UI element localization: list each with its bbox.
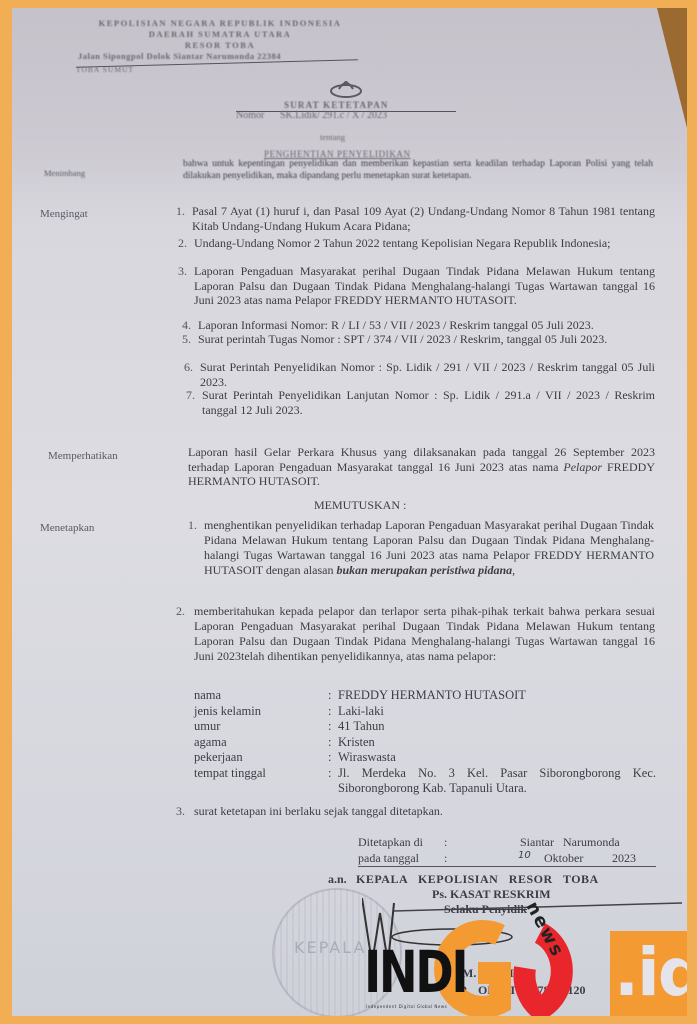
document-photo: KEPOLISIAN NEGARA REPUBLIK INDONESIA DAE… xyxy=(12,8,687,1016)
memperhatikan-text: Laporan hasil Gelar Perkara Khusus yang … xyxy=(188,445,655,489)
mengingat-item: Pasal 7 Ayat (1) huruf i, dan Pasal 109 … xyxy=(192,204,655,233)
field-label: tempat tinggal xyxy=(194,766,266,781)
mengingat-item-number: 6. xyxy=(184,360,193,375)
mengingat-item: Surat perintah Tugas Nomor : SPT / 374 /… xyxy=(198,332,655,347)
field-colon: : xyxy=(328,688,331,703)
menetapkan-item-2: memberitahukan kepada pelapor dan terlap… xyxy=(194,604,655,664)
nomor-value: SK.Lidik/ 291.c / X / 2023 xyxy=(280,110,387,121)
signature-office: KEPALA KEPOLISIAN RESOR TOBA xyxy=(356,872,599,887)
ditetapkan-value: Siantar Narumonda xyxy=(520,835,620,850)
letterhead-sub: TOBA SUMUT xyxy=(76,65,134,74)
tanggal-year: 2023 xyxy=(612,851,636,866)
field-value: Jl. Merdeka No. 3 Kel. Pasar Siborongbor… xyxy=(338,766,656,781)
logo-text-indi: INDI xyxy=(364,943,466,1001)
letterhead-line1: KEPOLISIAN NEGARA REPUBLIK INDONESIA xyxy=(70,18,370,28)
mengingat-item-number: 5. xyxy=(182,332,191,347)
mengingat-item: Surat Perintah Penyelidikan Nomor : Sp. … xyxy=(200,360,655,389)
field-label: umur xyxy=(194,719,220,734)
field-label: jenis kelamin xyxy=(194,704,261,719)
field-label: agama xyxy=(194,735,227,750)
letterhead-line3: RESOR TOBA xyxy=(70,40,370,50)
document-subject: PENGHENTIAN PENYELIDIKAN xyxy=(264,149,411,159)
mengingat-label: Mengingat xyxy=(40,208,88,220)
ditetapkan-colon: : xyxy=(444,835,447,850)
field-value: Wiraswasta xyxy=(338,750,396,765)
mengingat-item-number: 2. xyxy=(178,236,187,251)
letterhead-line2: DAERAH SUMATRA UTARA xyxy=(70,29,370,39)
field-label: pekerjaan xyxy=(194,750,243,765)
field-colon: : xyxy=(328,750,331,765)
tanggal-day-handwritten: 10 xyxy=(518,849,531,864)
mengingat-item-number: 1. xyxy=(176,204,185,219)
ditetapkan-label: Ditetapkan di xyxy=(358,835,423,850)
menetapkan-item-3: surat ketetapan ini berlaku sejak tangga… xyxy=(194,804,443,819)
tanggal-colon: : xyxy=(444,851,447,866)
tanggal-label: pada tanggal xyxy=(358,851,419,866)
menetapkan-item-number: 1. xyxy=(188,518,197,533)
letterhead-address: Jalan Sipongpol Dolok Siantar Narumonda … xyxy=(78,51,281,61)
field-value-continued: Siborongborong Kab. Tapanuli Utara. xyxy=(338,781,527,796)
field-value: Laki-laki xyxy=(338,704,384,719)
field-value: 41 Tahun xyxy=(338,719,384,734)
police-emblem-icon xyxy=(329,75,363,99)
mengingat-item: Laporan Informasi Nomor: R / LI / 53 / V… xyxy=(198,318,655,333)
menimbang-label: Menimbang xyxy=(44,168,85,178)
tanggal-month: Oktober xyxy=(544,851,583,866)
menetapkan-item-number: 3. xyxy=(176,804,185,819)
memutuskan-heading: MEMUTUSKAN : xyxy=(314,498,406,513)
logo-tagline: Independent Digital Global News xyxy=(366,1004,447,1009)
signature-an: a.n. xyxy=(328,872,347,887)
field-value: Kristen xyxy=(338,735,375,750)
mengingat-item: Undang-Undang Nomor 2 Tahun 2022 tentang… xyxy=(194,236,655,251)
logo-text-id: .id xyxy=(614,930,687,1016)
signature-rule xyxy=(358,866,656,867)
field-value: FREDDY HERMANTO HUTASOIT xyxy=(338,688,526,703)
field-label: nama xyxy=(194,688,221,703)
menetapkan-item-number: 2. xyxy=(176,604,185,619)
field-colon: : xyxy=(328,719,331,734)
nomor-label: Nomor xyxy=(236,110,264,121)
tentang-label: tentang xyxy=(320,132,345,142)
menetapkan-item-1: menghentikan penyelidikan terhadap Lapor… xyxy=(204,518,654,578)
menetapkan-item-1-reason: bukan merupakan peristiwa pidana xyxy=(336,563,512,577)
mengingat-item: Laporan Pengaduan Masyarakat perihal Dug… xyxy=(194,264,655,308)
field-colon: : xyxy=(328,704,331,719)
mengingat-item: Surat Perintah Penyelidikan Lanjutan Nom… xyxy=(202,388,655,417)
memperhatikan-pelapor: Pelapor xyxy=(563,460,602,474)
mengingat-item-number: 3. xyxy=(178,264,187,279)
memperhatikan-label: Memperhatikan xyxy=(48,450,118,462)
menetapkan-label: Menetapkan xyxy=(40,522,94,534)
stamp-text: KEPALA xyxy=(294,938,366,957)
field-colon: : xyxy=(328,766,331,781)
menimbang-text: bahwa untuk kepentingan penyelidikan dan… xyxy=(183,159,653,182)
mengingat-item-number: 7. xyxy=(186,388,195,403)
field-colon: : xyxy=(328,735,331,750)
document-heading: SURAT KETETAPAN xyxy=(284,100,389,110)
mengingat-item-number: 4. xyxy=(182,318,191,333)
